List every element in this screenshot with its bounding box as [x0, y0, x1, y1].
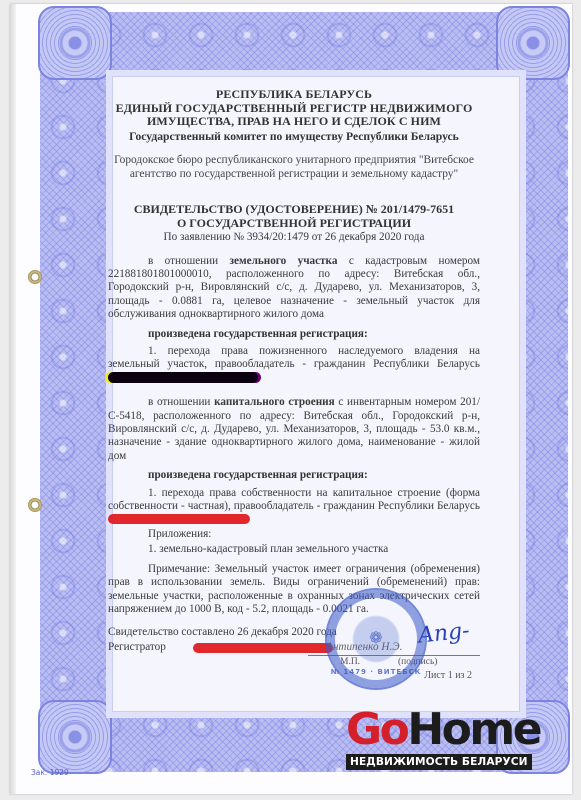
certificate-title: СВИДЕТЕЛЬСТВО (УДОСТОВЕРЕНИЕ) № 201/1479… — [108, 203, 480, 230]
header-registry-line1: ЕДИНЫЙ ГОСУДАРСТВЕННЫЙ РЕГИСТР НЕДВИЖИМО… — [108, 102, 480, 116]
official-seal: ❁ № 1479 · ВИТЕБСК — [325, 588, 427, 690]
certificate-title-line1: СВИДЕТЕЛЬСТВО (УДОСТОВЕРЕНИЕ) № 201/1479… — [108, 203, 480, 217]
logo-tagline: НЕДВИЖИМОСТЬ БЕЛАРУСИ — [346, 754, 532, 770]
gohome-watermark-logo: GoHome НЕДВИЖИМОСТЬ БЕЛАРУСИ — [346, 708, 562, 770]
corner-ornament — [38, 6, 112, 80]
header-committee: Государственный комитет по имуществу Рес… — [108, 130, 480, 143]
land-plot-description: в отношении земельного участка с кадастр… — [108, 255, 480, 322]
corner-ornament — [496, 6, 570, 80]
building-subject: капитального строения — [214, 396, 335, 408]
registrar-label: Регистратор — [108, 641, 166, 654]
handwritten-signature: Ang- — [417, 618, 471, 648]
land-registration-item: 1. перехода права пожизненного наследуем… — [108, 345, 480, 386]
redaction-mark — [193, 643, 333, 653]
print-order-code: Зак. 1929 — [31, 768, 69, 777]
redaction-mark — [108, 514, 250, 524]
application-reference: По заявлению № 3934/20:1479 от 26 декабр… — [108, 231, 480, 244]
logo-wordmark: GoHome — [346, 708, 562, 752]
signature-captions: М.П. (подпись) — [108, 655, 480, 669]
land-registration-heading: произведена государственная регистрация: — [108, 328, 480, 341]
certificate-title-line2: О ГОСУДАРСТВЕННОЙ РЕГИСТРАЦИИ — [108, 217, 480, 231]
grommet-icon — [28, 498, 42, 512]
encumbrance-note: Примечание: Земельный участок имеет огра… — [108, 563, 480, 617]
building-registration-item: 1. перехода права собственности на капит… — [108, 487, 480, 527]
land-plot-subject: земельного участка — [230, 255, 338, 267]
certificate-body: РЕСПУБЛИКА БЕЛАРУСЬ ЕДИНЫЙ ГОСУДАРСТВЕНН… — [108, 88, 480, 683]
state-emblem-icon: ❁ — [327, 628, 425, 647]
header-bureau: Городокское бюро республиканского унитар… — [108, 154, 480, 181]
binding-strip — [10, 4, 16, 794]
annexes-label: Приложения: — [108, 528, 480, 541]
header-republic: РЕСПУБЛИКА БЕЛАРУСЬ — [108, 88, 480, 102]
building-registration-heading: произведена государственная регистрация: — [108, 469, 480, 482]
corner-ornament — [38, 700, 112, 774]
annex-item: 1. земельно-кадастровый план земельного … — [108, 543, 480, 556]
header-registry-line2: ИМУЩЕСТВА, ПРАВ НА НЕГО И СДЕЛОК С НИМ — [108, 115, 480, 129]
grommet-icon — [28, 270, 42, 284]
redaction-mark — [108, 372, 258, 383]
building-description: в отношении капитального строения с инве… — [108, 396, 480, 463]
seal-text: № 1479 · ВИТЕБСК — [327, 668, 425, 676]
